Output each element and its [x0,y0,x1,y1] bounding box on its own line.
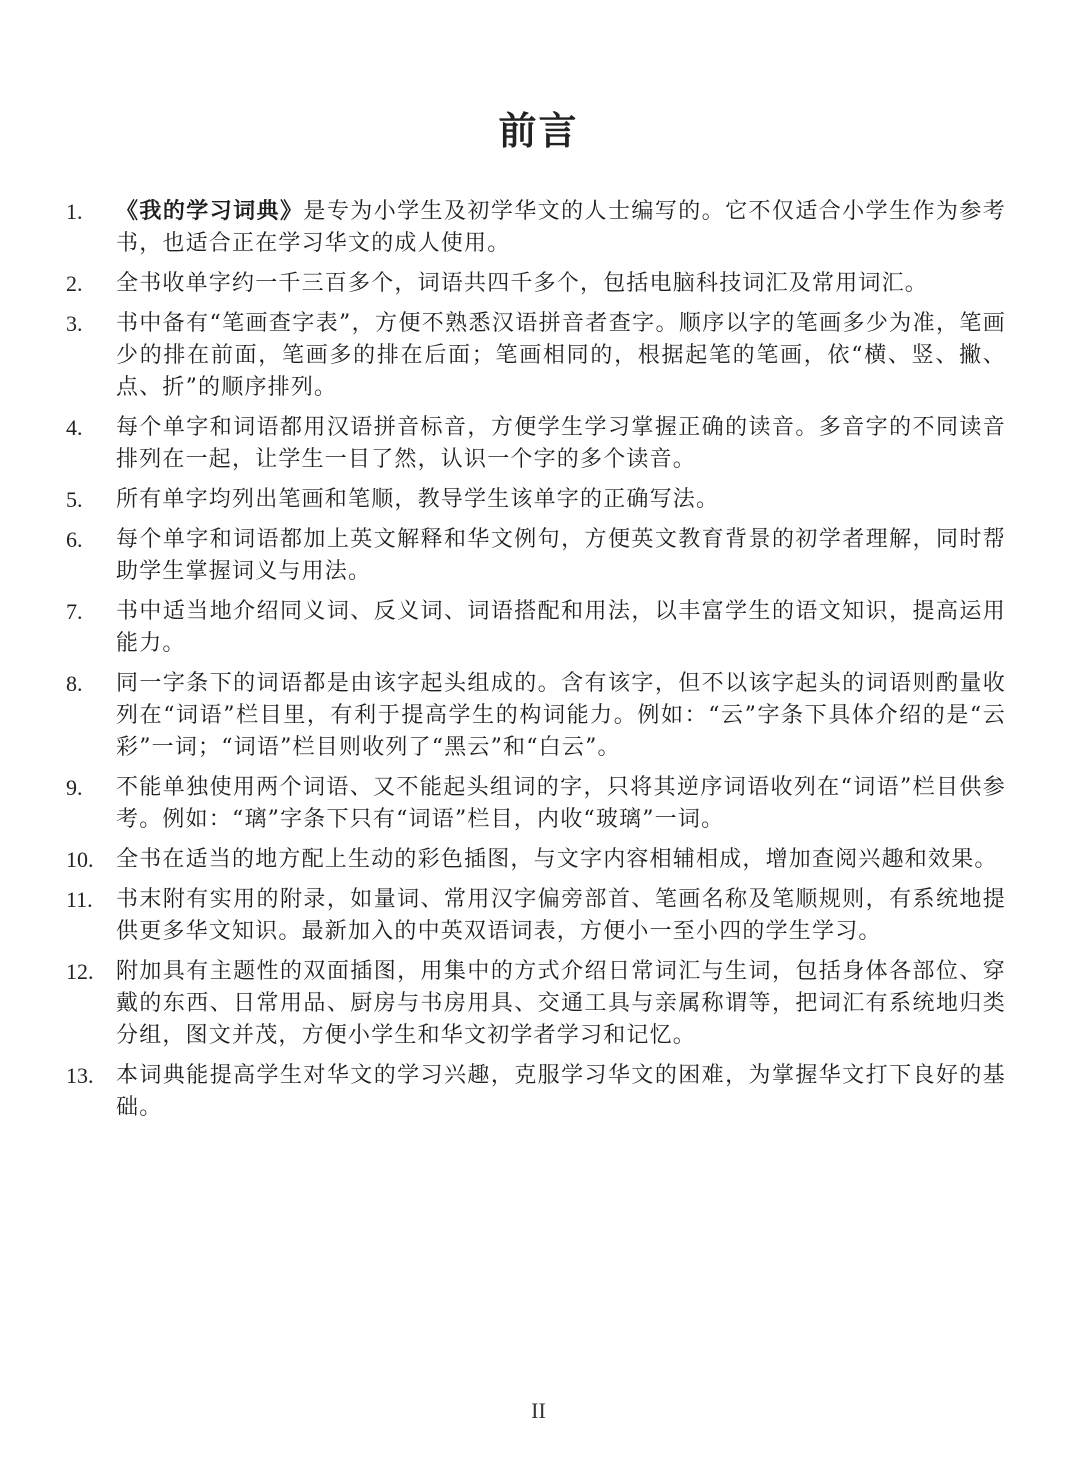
item-text: 所有单字均列出笔画和笔顺，教导学生该单字的正确写法。 [116,484,1006,516]
item-text: 书末附有实用的附录，如量词、常用汉字偏旁部首、笔画名称及笔顺规则，有系统地提供更… [116,884,1006,948]
list-item: 6. 每个单字和词语都加上英文解释和华文例句，方便英文教育背景的初学者理解，同时… [66,524,1006,588]
item-text: 书中备有“笔画查字表”，方便不熟悉汉语拼音者查字。顺序以字的笔画多少为准，笔画少… [116,308,1006,404]
page-number: II [0,1398,1077,1424]
item-text: 不能单独使用两个词语、又不能起头组词的字，只将其逆序词语收列在“词语”栏目供参考… [116,772,1006,836]
item-number: 12. [66,956,116,988]
list-item: 7. 书中适当地介绍同义词、反义词、词语搭配和用法，以丰富学生的语文知识，提高运… [66,596,1006,660]
list-item: 3. 书中备有“笔画查字表”，方便不熟悉汉语拼音者查字。顺序以字的笔画多少为准，… [66,308,1006,404]
item-text: 同一字条下的词语都是由该字起头组成的。含有该字，但不以该字起头的词语则酌量收列在… [116,668,1006,764]
item-text: 全书收单字约一千三百多个，词语共四千多个，包括电脑科技词汇及常用词汇。 [116,268,1006,300]
item-text: 每个单字和词语都加上英文解释和华文例句，方便英文教育背景的初学者理解，同时帮助学… [116,524,1006,588]
item-text: 附加具有主题性的双面插图，用集中的方式介绍日常词汇与生词，包括身体各部位、穿戴的… [116,956,1006,1052]
item-number: 4. [66,412,116,444]
list-item: 10. 全书在适当的地方配上生动的彩色插图，与文字内容相辅相成，增加查阅兴趣和效… [66,844,1006,876]
item-number: 11. [66,884,116,916]
item-number: 5. [66,484,116,516]
item-number: 2. [66,268,116,300]
item-text: 全书在适当的地方配上生动的彩色插图，与文字内容相辅相成，增加查阅兴趣和效果。 [116,844,1006,876]
list-item: 2. 全书收单字约一千三百多个，词语共四千多个，包括电脑科技词汇及常用词汇。 [66,268,1006,300]
item-number: 6. [66,524,116,556]
list-item: 9. 不能单独使用两个词语、又不能起头组词的字，只将其逆序词语收列在“词语”栏目… [66,772,1006,836]
page-title: 前言 [0,104,1077,158]
item-number: 9. [66,772,116,804]
item-text: 本词典能提高学生对华文的学习兴趣，克服学习华文的困难，为掌握华文打下良好的基础。 [116,1060,1006,1124]
item-number: 1. [66,196,116,228]
list-item: 4. 每个单字和词语都用汉语拼音标音，方便学生学习掌握正确的读音。多音字的不同读… [66,412,1006,476]
preface-list: 1. 《我的学习词典》是专为小学生及初学华文的人士编写的。它不仅适合小学生作为参… [66,196,1006,1132]
item-number: 13. [66,1060,116,1092]
list-item: 8. 同一字条下的词语都是由该字起头组成的。含有该字，但不以该字起头的词语则酌量… [66,668,1006,764]
list-item: 13. 本词典能提高学生对华文的学习兴趣，克服学习华文的困难，为掌握华文打下良好… [66,1060,1006,1124]
item-number: 10. [66,844,116,876]
list-item: 1. 《我的学习词典》是专为小学生及初学华文的人士编写的。它不仅适合小学生作为参… [66,196,1006,260]
item-number: 3. [66,308,116,340]
list-item: 11. 书末附有实用的附录，如量词、常用汉字偏旁部首、笔画名称及笔顺规则，有系统… [66,884,1006,948]
list-item: 5. 所有单字均列出笔画和笔顺，教导学生该单字的正确写法。 [66,484,1006,516]
list-item: 12. 附加具有主题性的双面插图，用集中的方式介绍日常词汇与生词，包括身体各部位… [66,956,1006,1052]
item-text: 书中适当地介绍同义词、反义词、词语搭配和用法，以丰富学生的语文知识，提高运用能力… [116,596,1006,660]
item-number: 8. [66,668,116,700]
item-number: 7. [66,596,116,628]
item-text: 每个单字和词语都用汉语拼音标音，方便学生学习掌握正确的读音。多音字的不同读音排列… [116,412,1006,476]
item-text: 《我的学习词典》是专为小学生及初学华文的人士编写的。它不仅适合小学生作为参考书，… [116,196,1006,260]
book-title: 《我的学习词典》 [116,199,303,224]
